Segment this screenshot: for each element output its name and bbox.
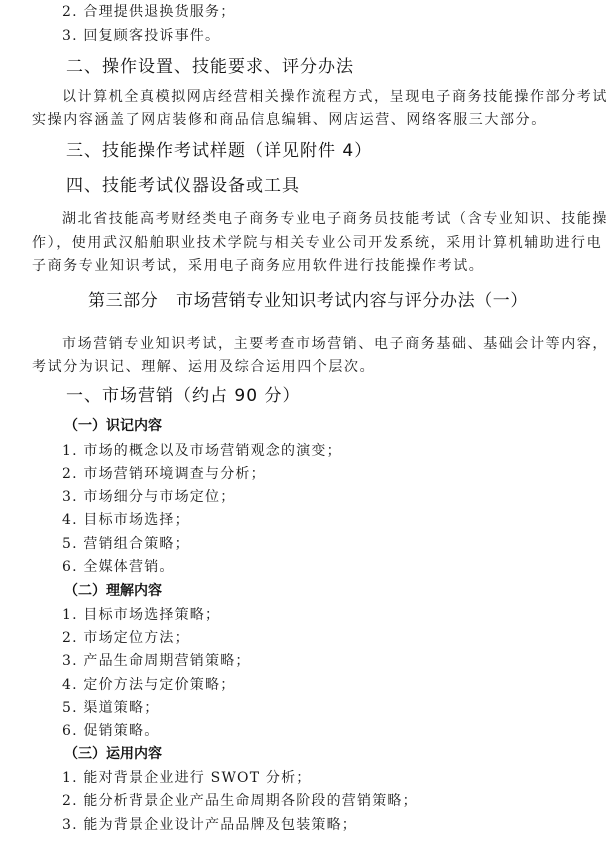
section-heading: 一、市场营销（约占 90 分） [66, 386, 300, 406]
list-item: 1. 能对背景企业进行 SWOT 分析； [62, 768, 312, 788]
paragraph-line: 湖北省技能高考财经类电子商务专业电子商务员技能考试（含专业知识、技能操 [62, 209, 606, 229]
paragraph-line: 实操内容涵盖了网店装修和商品信息编辑、网店运营、网络客服三大部分。 [32, 110, 547, 130]
paragraph-line: 以计算机全真模拟网店经营相关操作流程方式，呈现电子商务技能操作部分考试， [62, 87, 606, 107]
subsection-heading: （二）理解内容 [64, 581, 162, 601]
section-heading: 三、技能操作考试样题（详见附件 4） [66, 141, 372, 161]
list-item: 3. 能为背景企业设计产品品牌及包装策略； [62, 815, 357, 835]
list-item: 6. 促销策略。 [62, 721, 159, 741]
paragraph-line: 子商务专业知识考试，采用电子商务应用软件进行技能操作考试。 [32, 256, 484, 276]
list-item: 3. 产品生命周期营销策略； [62, 651, 251, 671]
subsection-heading: （一）识记内容 [64, 416, 162, 436]
section-heading: 四、技能考试仪器设备或工具 [66, 176, 300, 196]
list-item: 2. 能分析背景企业产品生命周期各阶段的营销策略； [62, 791, 418, 811]
paragraph-line: 作），使用武汉船舶职业技术学院与相关专业公司开发系统，采用计算机辅助进行电 [32, 233, 602, 253]
list-item: 5. 渠道策略； [62, 698, 159, 718]
list-item: 2. 市场定位方法； [62, 628, 190, 648]
section-heading: 二、操作设置、技能要求、评分办法 [66, 57, 354, 77]
part-title: 第三部分 市场营销专业知识考试内容与评分办法（一） [88, 291, 528, 311]
paragraph-line: 市场营销专业知识考试，主要考查市场营销、电子商务基础、基础会计等内容， [62, 334, 606, 354]
list-item: 1. 目标市场选择策略； [62, 605, 220, 625]
list-item: 2. 合理提供退换货服务； [62, 2, 235, 22]
paragraph-line: 考试分为识记、理解、运用及综合运用四个层次。 [32, 357, 375, 377]
list-item: 2. 市场营销环境调查与分析； [62, 464, 266, 484]
list-item: 6. 全媒体营销。 [62, 557, 175, 577]
list-item: 4. 目标市场选择； [62, 510, 190, 530]
list-item: 1. 市场的概念以及市场营销观念的演变； [62, 441, 342, 461]
list-item: 4. 定价方法与定价策略； [62, 675, 235, 695]
list-item: 5. 营销组合策略； [62, 534, 190, 554]
list-item: 3. 市场细分与市场定位； [62, 487, 235, 507]
list-item: 3. 回复顾客投诉事件。 [62, 26, 220, 46]
subsection-heading: （三）运用内容 [64, 744, 162, 764]
